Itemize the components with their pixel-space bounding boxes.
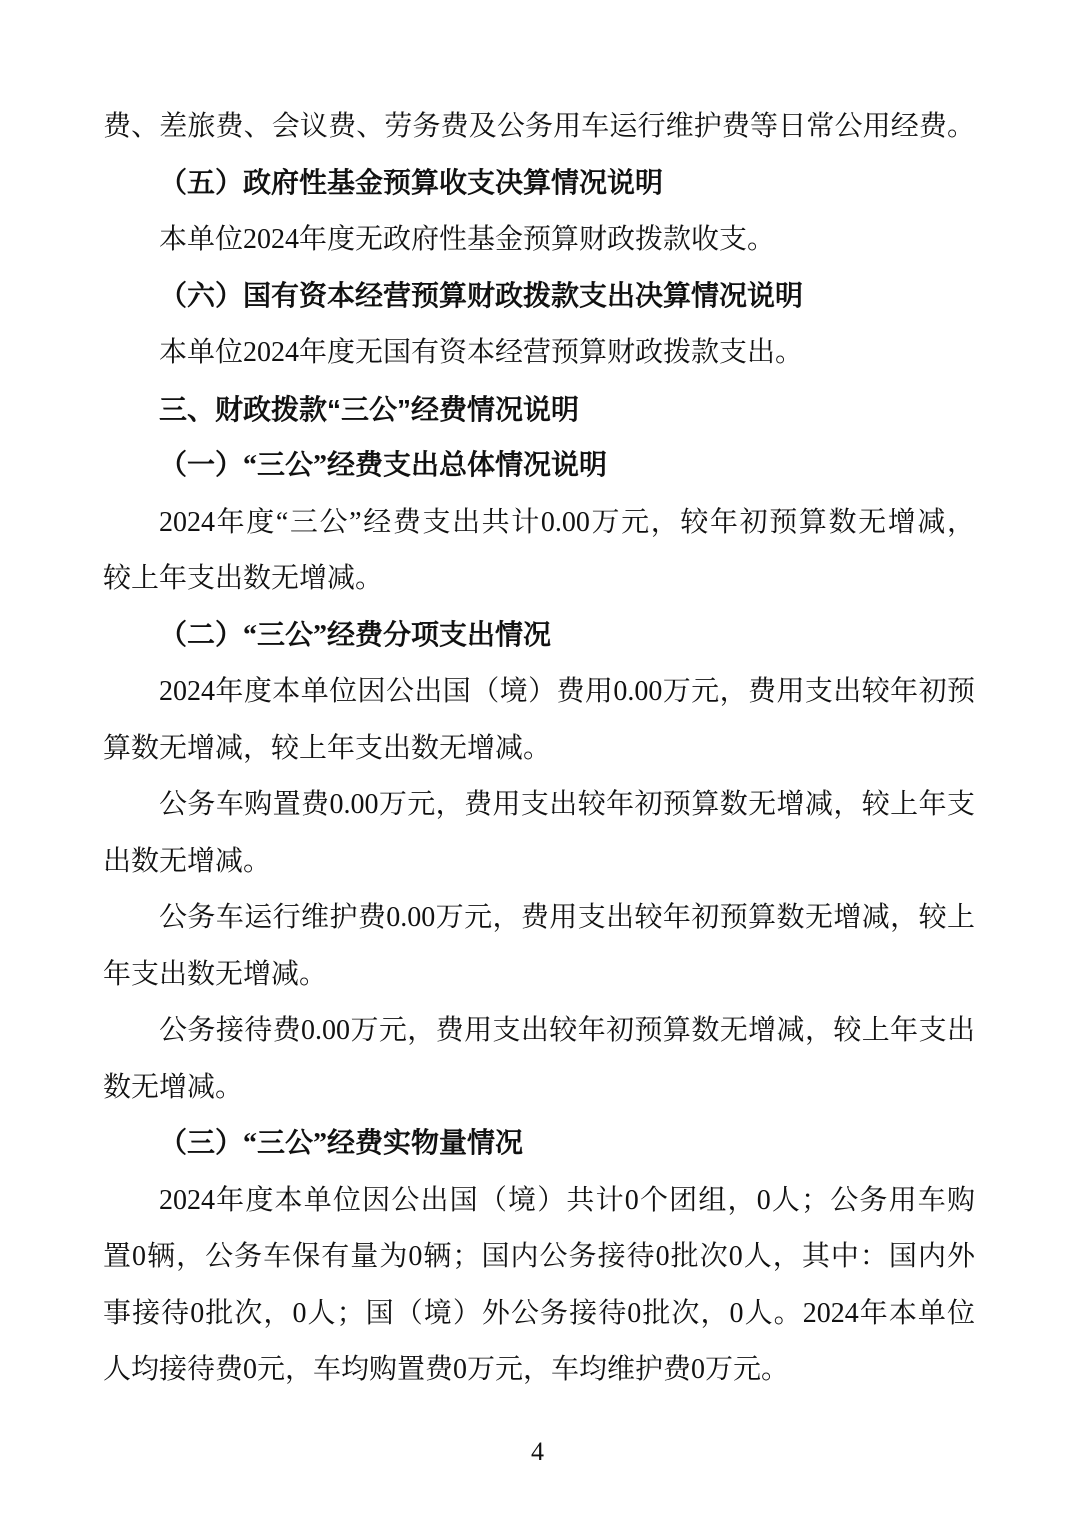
doc-line: 较上年支出数无增减。 — [103, 551, 975, 608]
chapter-heading-3: 三、财政拨款“三公”经费情况说明 — [103, 382, 975, 439]
doc-line: 年支出数无增减。 — [103, 947, 975, 1004]
doc-line: 置0辆，公务车保有量为0辆；国内公务接待0批次0人，其中：国内外 — [103, 1229, 975, 1286]
doc-line: 本单位2024年度无政府性基金预算财政拨款收支。 — [103, 212, 975, 269]
document-body: 费、差旅费、会议费、劳务费及公务用车运行维护费等日常公用经费。 （五）政府性基金… — [103, 99, 975, 1399]
doc-line: 公务车购置费0.00万元，费用支出较年初预算数无增减，较上年支 — [103, 777, 975, 834]
doc-line: 事接待0批次，0人；国（境）外公务接待0批次，0人。2024年本单位 — [103, 1286, 975, 1343]
section-heading-5: （五）政府性基金预算收支决算情况说明 — [103, 156, 975, 213]
section-heading-1: （一）“三公”经费支出总体情况说明 — [103, 438, 975, 495]
doc-line: 费、差旅费、会议费、劳务费及公务用车运行维护费等日常公用经费。 — [103, 99, 975, 156]
doc-line: 算数无增减，较上年支出数无增减。 — [103, 721, 975, 778]
doc-line: 人均接待费0元，车均购置费0万元，车均维护费0万元。 — [103, 1342, 975, 1399]
doc-line: 公务接待费0.00万元，费用支出较年初预算数无增减，较上年支出 — [103, 1003, 975, 1060]
section-heading-3: （三）“三公”经费实物量情况 — [103, 1116, 975, 1173]
doc-line: 本单位2024年度无国有资本经营预算财政拨款支出。 — [103, 325, 975, 382]
doc-line: 数无增减。 — [103, 1060, 975, 1117]
section-heading-6: （六）国有资本经营预算财政拨款支出决算情况说明 — [103, 269, 975, 326]
doc-line: 2024年度本单位因公出国（境）费用0.00万元，费用支出较年初预 — [103, 664, 975, 721]
page-number: 4 — [0, 1437, 1075, 1467]
section-heading-2: （二）“三公”经费分项支出情况 — [103, 608, 975, 665]
doc-line: 出数无增减。 — [103, 834, 975, 891]
doc-line: 公务车运行维护费0.00万元，费用支出较年初预算数无增减，较上 — [103, 890, 975, 947]
doc-line: 2024年度本单位因公出国（境）共计0个团组，0人；公务用车购 — [103, 1173, 975, 1230]
document-page: 费、差旅费、会议费、劳务费及公务用车运行维护费等日常公用经费。 （五）政府性基金… — [0, 0, 1075, 1520]
doc-line: 2024年度“三公”经费支出共计0.00万元，较年初预算数无增减， — [103, 495, 975, 552]
